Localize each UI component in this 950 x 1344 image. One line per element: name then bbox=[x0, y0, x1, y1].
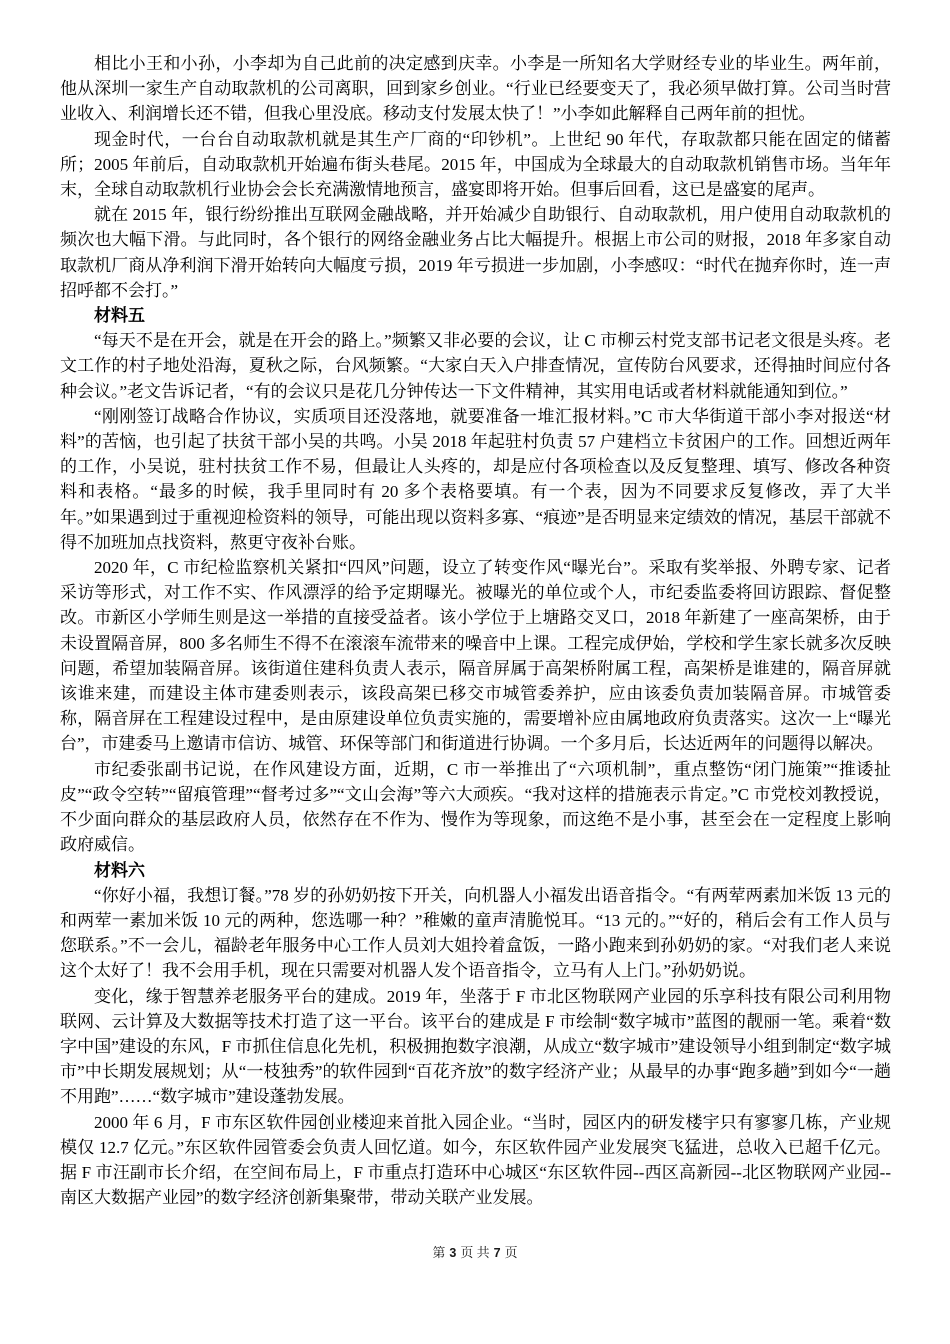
footer-page-number: 3 bbox=[449, 1246, 456, 1260]
body-paragraph: 市纪委张副书记说，在作风建设方面，近期，C 市一举推出了“六项机制”，重点整饬“… bbox=[60, 757, 891, 858]
body-paragraph: “每天不是在开会，就是在开会的路上。”频繁又非必要的会议，让 C 市柳云村党支部… bbox=[60, 328, 891, 404]
footer-page-suffix: 页 bbox=[505, 1245, 518, 1260]
body-paragraph: 相比小王和小孙，小李却为自己此前的决定感到庆幸。小李是一所知名大学财经专业的毕业… bbox=[60, 51, 891, 127]
document-page: 相比小王和小孙，小李却为自己此前的决定感到庆幸。小李是一所知名大学财经专业的毕业… bbox=[0, 0, 950, 1344]
material-heading: 材料六 bbox=[60, 858, 891, 883]
body-paragraph: 现金时代，一台台自动取款机就是其生产厂商的“印钞机”。上世纪 90 年代，存取款… bbox=[60, 127, 891, 203]
body-paragraph: “刚刚签订战略合作协议，实质项目还没落地，就要准备一堆汇报材料。”C 市大华街道… bbox=[60, 404, 891, 555]
footer-page-prefix: 第 bbox=[432, 1245, 445, 1260]
body-paragraph: 2000 年 6 月，F 市东区软件园创业楼迎来首批入园企业。“当时，园区内的研… bbox=[60, 1110, 891, 1211]
footer-total-pages: 7 bbox=[494, 1246, 501, 1260]
footer-page-middle: 页 共 bbox=[460, 1245, 489, 1260]
document-body: 相比小王和小孙，小李却为自己此前的决定感到庆幸。小李是一所知名大学财经专业的毕业… bbox=[60, 51, 891, 1210]
body-paragraph: 变化，缘于智慧养老服务平台的建成。2019 年，坐落于 F 市北区物联网产业园的… bbox=[60, 984, 891, 1110]
body-paragraph: 2020 年，C 市纪检监察机关紧扣“四风”问题，设立了转变作风“曝光台”。采取… bbox=[60, 555, 891, 757]
body-paragraph: “你好小福，我想订餐。”78 岁的孙奶奶按下开关，向机器人小福发出语音指令。“有… bbox=[60, 883, 891, 984]
body-paragraph: 就在 2015 年，银行纷纷推出互联网金融战略，并开始减少自助银行、自动取款机，… bbox=[60, 202, 891, 303]
material-heading: 材料五 bbox=[60, 303, 891, 328]
page-footer: 第3页 共7页 bbox=[0, 1242, 950, 1261]
